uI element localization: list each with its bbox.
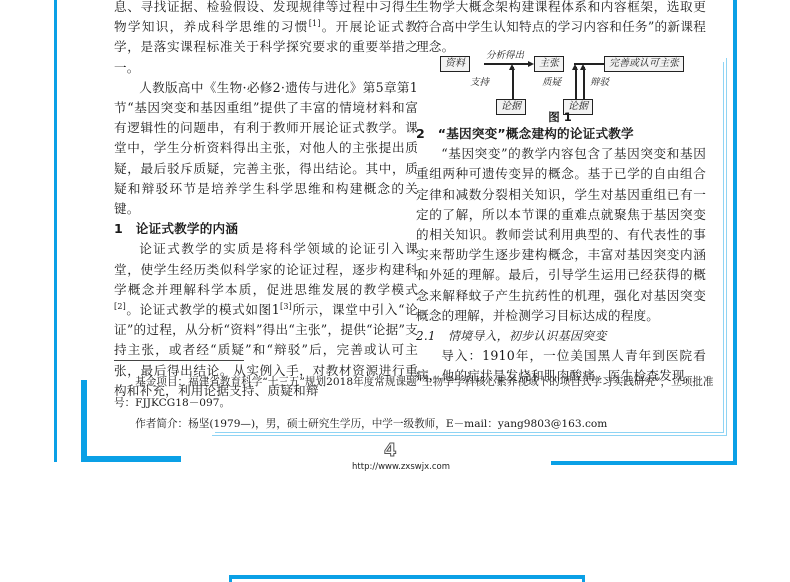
edge-rebut: [583, 67, 585, 99]
footnote-author: 作者简介：杨坚(1979—)，男，硕士研究生学历，中学一级教师，E－mail：y…: [114, 414, 714, 435]
text: 论证式教学的实质是将科学领域的论证引入课堂，使学生经历类似科学家的论证过程，逐步…: [114, 241, 418, 296]
edge-label-question: 质疑: [542, 74, 561, 88]
frame-left-corner-vertical: [81, 380, 87, 462]
section-heading-2: 2 “基因突变”概念建构的论证式教学: [416, 124, 706, 144]
paragraph-textbook-context: 人教版高中《生物·必修2·遗传与进化》第5章第1节“基因突变和基因重组”提供了丰…: [114, 78, 418, 219]
paragraph-curriculum-tail: 生物学大概念架构建课程体系和内容框架，选取更符合高中学生认知特点的学习内容和任务…: [416, 0, 706, 58]
frame-left-outer-line: [54, 0, 57, 462]
frame-right-thin-line-1: [723, 62, 724, 433]
edge-support: [512, 67, 514, 99]
citation-ref[interactable]: [1]: [309, 19, 321, 28]
next-page-frame-right: [582, 575, 585, 582]
right-column-top: 生物学大概念架构建课程体系和内容框架，选取更符合高中学生认知特点的学习内容和任务…: [416, 0, 706, 58]
citation-ref[interactable]: [2]: [114, 302, 126, 311]
frame-bottom-thin-line-2: [212, 435, 726, 436]
footnote-divider: [114, 360, 244, 361]
text: 。论证式教学的模式如图1: [126, 302, 280, 317]
edge-question: [575, 67, 577, 99]
frame-right-thin-line-2: [726, 58, 727, 436]
edge-data-to-claim: [484, 63, 532, 65]
left-column: 息、寻找证据、检验假设、发现规律等过程中习得生物学知识，养成科学思维的习惯[1]…: [114, 0, 418, 401]
footer-url-link[interactable]: http://www.zxswjx.com: [336, 462, 466, 472]
arrowhead-icon: [509, 64, 515, 70]
arrowhead-icon: [580, 64, 586, 70]
page-number: 4: [384, 440, 397, 461]
section-heading-1: 1 论证式教学的内涵: [114, 219, 418, 239]
frame-right-corner-horizontal: [551, 461, 737, 465]
node-evidence-support: 论据: [496, 99, 526, 115]
citation-ref[interactable]: [3]: [280, 302, 292, 311]
node-data: 资料: [440, 56, 470, 72]
edge-label-support: 支持: [470, 74, 489, 88]
subsection-heading-2-1: 2.1 情境导入，初步认识基因突变: [416, 326, 706, 346]
paragraph-gene-mutation-overview: “基因突变”的教学内容包含了基因突变和基因重组两种可遗传变异的概念。基于已学的自…: [416, 144, 706, 326]
node-final-claim: 完善或认可主张: [604, 56, 684, 72]
edge-label-rebut: 辩驳: [590, 74, 609, 88]
arrowhead-icon: [572, 64, 578, 70]
next-page-frame-left: [229, 575, 232, 582]
footnotes: 基金项目：福建省教育科学“十三五”规划2018年度常规课题“生物学学科核心素养视…: [114, 372, 714, 435]
figure-1-caption: 图 1: [530, 109, 590, 125]
right-column-body: 2 “基因突变”概念建构的论证式教学 “基因突变”的教学内容包含了基因突变和基因…: [416, 124, 706, 387]
frame-right-outer-line: [733, 0, 737, 465]
next-page-frame-top: [229, 575, 585, 579]
node-claim: 主张: [534, 56, 564, 72]
frame-left-corner-horizontal: [81, 456, 181, 462]
paragraph-intro-tail: 息、寻找证据、检验假设、发现规律等过程中习得生物学知识，养成科学思维的习惯[1]…: [114, 0, 418, 78]
footnote-fund: 基金项目：福建省教育科学“十三五”规划2018年度常规课题“生物学学科核心素养视…: [114, 372, 714, 414]
edge-label-analyze: 分析得出: [486, 47, 524, 61]
